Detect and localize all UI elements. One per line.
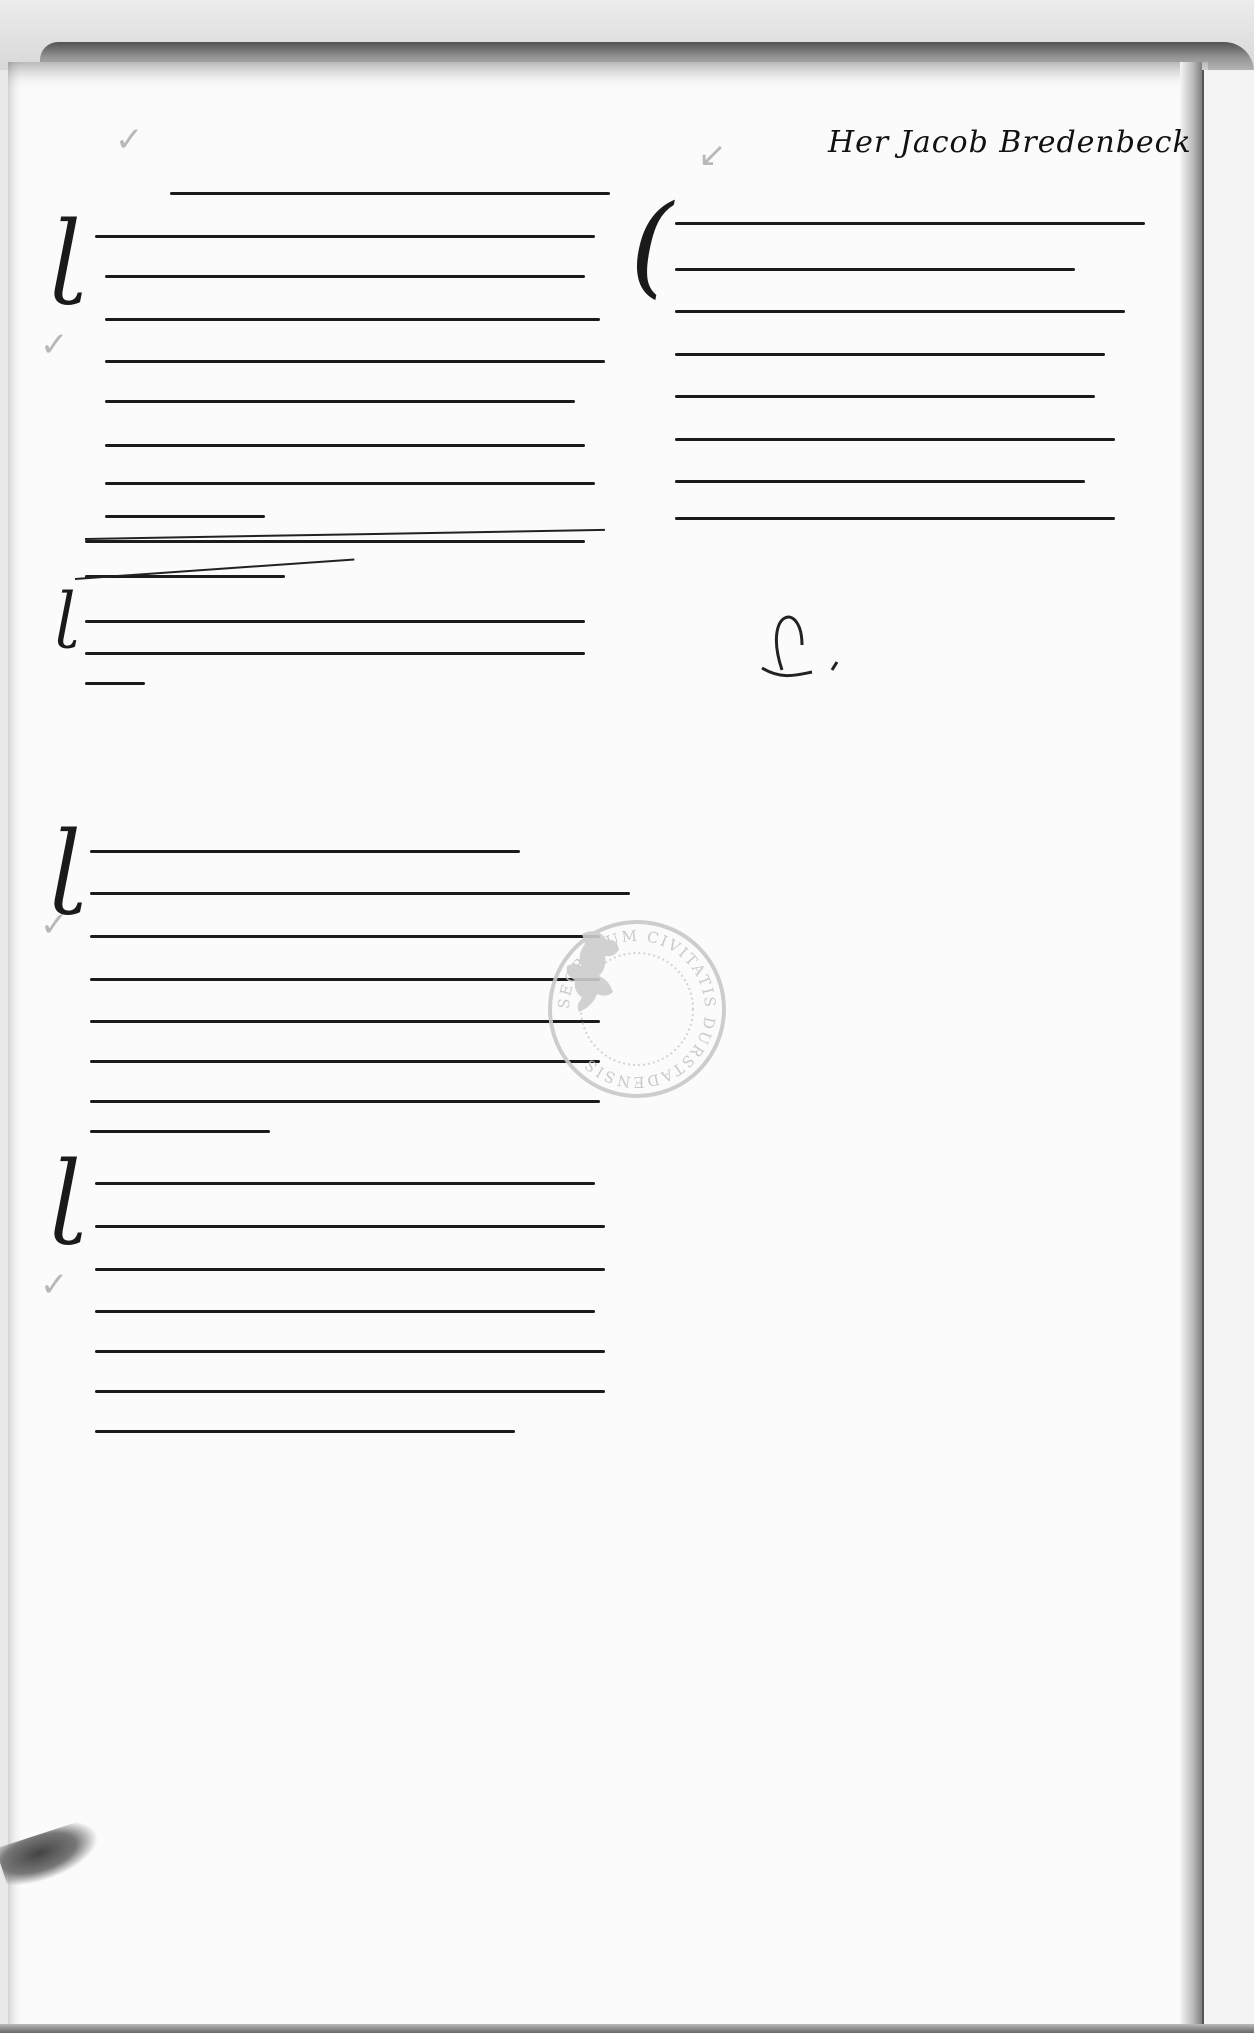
handwritten-line: [90, 1020, 600, 1023]
handwritten-line: [90, 1100, 600, 1103]
handwritten-line: [95, 1268, 605, 1271]
paragraph-mark-icon: ɭ: [50, 820, 83, 910]
paragraph-mark-icon: (: [630, 190, 673, 300]
handwritten-line: [95, 1350, 605, 1353]
city-seal-stamp: SECRETUM CIVITATIS DURSTADENSIS: [548, 920, 726, 1098]
handwritten-line: [95, 1182, 595, 1185]
handwritten-line: [105, 318, 600, 321]
paragraph-mark-icon: ɭ: [50, 210, 83, 300]
handwritten-line: [85, 652, 585, 655]
page-bottom-edge: [0, 2024, 1254, 2033]
handwritten-line: [105, 400, 575, 403]
handwritten-line: [90, 1130, 270, 1133]
handwritten-line: [105, 515, 265, 518]
lion-rampant-icon: [552, 924, 642, 1019]
handwritten-line: [90, 1060, 600, 1063]
handwritten-line: [95, 1310, 595, 1313]
handwritten-line: [675, 517, 1115, 520]
handwritten-line: [105, 482, 595, 485]
handwritten-line: [105, 360, 605, 363]
handwritten-line: [675, 353, 1105, 356]
handwritten-line: [675, 480, 1085, 483]
strikethrough: [85, 529, 605, 540]
handwritten-line: [675, 268, 1075, 271]
handwritten-line: [675, 438, 1115, 441]
handwritten-line: [90, 850, 520, 853]
handwritten-line: [95, 1225, 605, 1228]
handwritten-line-struck: [85, 540, 585, 543]
entry-right-1: (: [630, 190, 1170, 520]
handwritten-line: [85, 682, 145, 685]
handwritten-line: [675, 310, 1125, 313]
handwritten-line: [90, 935, 600, 938]
handwritten-line: [95, 235, 595, 238]
pencil-check-icon: ✓: [115, 120, 144, 160]
adjacent-page-edge: [1202, 70, 1254, 2033]
entry-left-2: ɭ: [55, 520, 615, 690]
handwritten-line: [675, 222, 1145, 225]
handwritten-line: [85, 620, 585, 623]
binding-gutter: [1180, 62, 1202, 2033]
handwritten-line: [675, 395, 1095, 398]
handwritten-line: [105, 444, 585, 447]
paragraph-mark-icon: ɭ: [50, 1150, 83, 1240]
handwritten-line: [90, 892, 630, 895]
entry-left-4: ɭ: [50, 1150, 650, 1460]
handwritten-line: [105, 275, 585, 278]
handwritten-line: [95, 1390, 605, 1393]
page-heading: Her Jacob Bredenbeck: [828, 125, 1192, 160]
entry-left-1: ɭ: [50, 170, 620, 480]
paragraph-mark-icon: ɭ: [55, 585, 77, 645]
signature-paraph-icon: [742, 600, 862, 690]
handwritten-line: [90, 978, 600, 981]
handwritten-line: [170, 192, 610, 195]
pencil-check-icon: ↙: [698, 135, 727, 175]
handwritten-line: [95, 1430, 515, 1433]
